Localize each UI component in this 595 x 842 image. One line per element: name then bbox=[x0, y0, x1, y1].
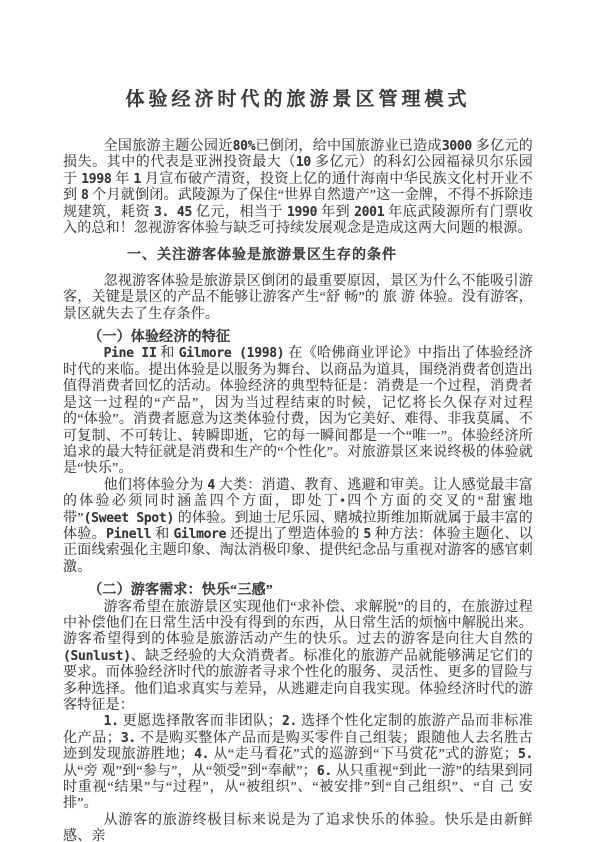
document-page: 体验经济时代的旅游景区管理模式 全国旅游主题公园近80%已倒闭，给中国旅游业已造… bbox=[0, 0, 595, 842]
closing-paragraph: 从游客的旅游终极目标来说是为了追求快乐的体验。快乐是由新鲜感、亲 bbox=[63, 813, 533, 842]
subsection-2-heading: （二）游客需求：快乐“三感” bbox=[63, 583, 533, 599]
document-title: 体验经济时代的旅游景区管理模式 bbox=[63, 84, 533, 111]
document-body: 体验经济时代的旅游景区管理模式 全国旅游主题公园近80%已倒闭，给中国旅游业已造… bbox=[63, 84, 533, 842]
experience-types-paragraph: 他们将体验分为 4 大类：消遣、教育、逃避和审美。让人感觉最丰富的体验必须同时涵… bbox=[63, 478, 533, 576]
section-1-paragraph: 忽视游客体验是旅游景区倒闭的最重要原因，景区为什么不能吸引游客，关键是景区的产品… bbox=[63, 274, 533, 323]
tourist-demand-paragraph: 游客希望在旅游景区实现他们“求补偿、求解脱”的目的，在旅游过程中补偿他们在日常生… bbox=[63, 600, 533, 715]
subsection-1-heading: （一）体验经济的特征 bbox=[63, 330, 533, 346]
experience-economy-paragraph: Pine II 和 Gilmore (1998) 在《哈佛商业评论》中指出了体验… bbox=[63, 346, 533, 477]
section-1-heading: 一、关注游客体验是旅游景区生存的条件 bbox=[63, 248, 533, 264]
intro-paragraph: 全国旅游主题公园近80%已倒闭，给中国旅游业已造成3000 多亿元的损失。其中的… bbox=[63, 139, 533, 237]
tourist-traits-paragraph: 1. 更愿选择散客而非团队；2. 选择个性化定制的旅游产品而非标准化产品；3. … bbox=[63, 714, 533, 812]
